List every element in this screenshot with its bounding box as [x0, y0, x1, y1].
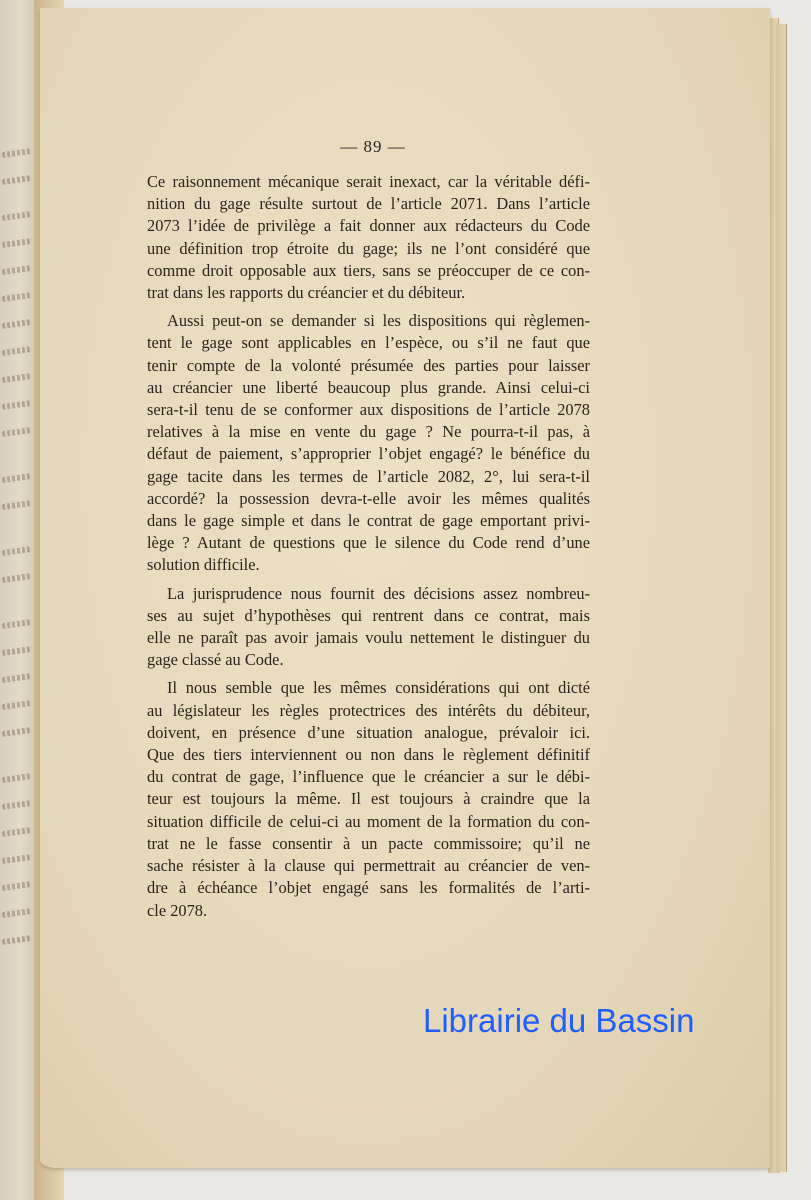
text-line: 2073 l’idée de privilège a fait donner a…: [147, 215, 590, 237]
text-line: accordé? la possession devra-t-elle avoi…: [147, 488, 590, 510]
page-stack-edge: [776, 24, 787, 1172]
paragraph-4: Il nous semble que les mêmes considérati…: [147, 677, 590, 921]
text-line: dre à échéance l’objet engagé sans les f…: [147, 877, 590, 899]
paragraph-1: Ce raisonnement mécanique serait inexact…: [147, 171, 590, 304]
text-line: sera-t-il tenu de se conformer aux dispo…: [147, 399, 590, 421]
facing-page-edge: [0, 0, 34, 1200]
text-line: une définition trop étroite du gage; ils…: [147, 238, 590, 260]
text-line: Que des tiers interviennent ou non dans …: [147, 744, 590, 766]
text-line: comme droit opposable aux tiers, sans se…: [147, 260, 590, 282]
text-line: au législateur les règles protectrices d…: [147, 700, 590, 722]
text-line: elle ne paraît pas avoir jamais voulu ne…: [147, 627, 590, 649]
text-line: défaut de paiement, s’approprier l’objet…: [147, 443, 590, 465]
text-line: doivent, en présence d’une situation ana…: [147, 722, 590, 744]
text-line: Ce raisonnement mécanique serait inexact…: [147, 171, 590, 193]
text-line: relatives à la mise en vente du gage ? N…: [147, 421, 590, 443]
text-line: trat ne le fasse consentir à un pacte co…: [147, 833, 590, 855]
text-line: situation difficile de celui-ci au momen…: [147, 811, 590, 833]
facing-page-text-fragments: [2, 150, 32, 964]
text-line: au créancier une liberté beaucoup plus g…: [147, 377, 590, 399]
text-line: teur est toujours la même. Il est toujou…: [147, 788, 590, 810]
text-line: La jurisprudence nous fournit des décisi…: [147, 583, 590, 605]
text-line: gage tacite dans les termes de l’article…: [147, 466, 590, 488]
page-body-text: Ce raisonnement mécanique serait inexact…: [147, 171, 590, 928]
text-line: dans le gage simple et dans le contrat d…: [147, 510, 590, 532]
text-line: cle 2078.: [147, 900, 590, 922]
text-line: trat dans les rapports du créancier et d…: [147, 282, 590, 304]
paragraph-2: Aussi peut-on se demander si les disposi…: [147, 310, 590, 576]
page-number: — 89 —: [338, 137, 408, 157]
text-line: lège ? Autant de questions que le silenc…: [147, 532, 590, 554]
text-line: solution difficile.: [147, 554, 590, 576]
text-line: sache résister à la clause qui permettra…: [147, 855, 590, 877]
text-line: nition du gage résulte surtout de l’arti…: [147, 193, 590, 215]
text-line: du contrat de gage, l’influence que le c…: [147, 766, 590, 788]
bookseller-watermark: Librairie du Bassin: [423, 1002, 694, 1040]
text-line: Aussi peut-on se demander si les disposi…: [147, 310, 590, 332]
text-line: ses au sujet d’hypothèses qui rentrent d…: [147, 605, 590, 627]
text-line: tent le gage sont applicables en l’espèc…: [147, 332, 590, 354]
paragraph-3: La jurisprudence nous fournit des décisi…: [147, 583, 590, 672]
text-line: tenir compte de la volonté présumée des …: [147, 355, 590, 377]
text-line: gage classé au Code.: [147, 649, 590, 671]
text-line: Il nous semble que les mêmes considérati…: [147, 677, 590, 699]
